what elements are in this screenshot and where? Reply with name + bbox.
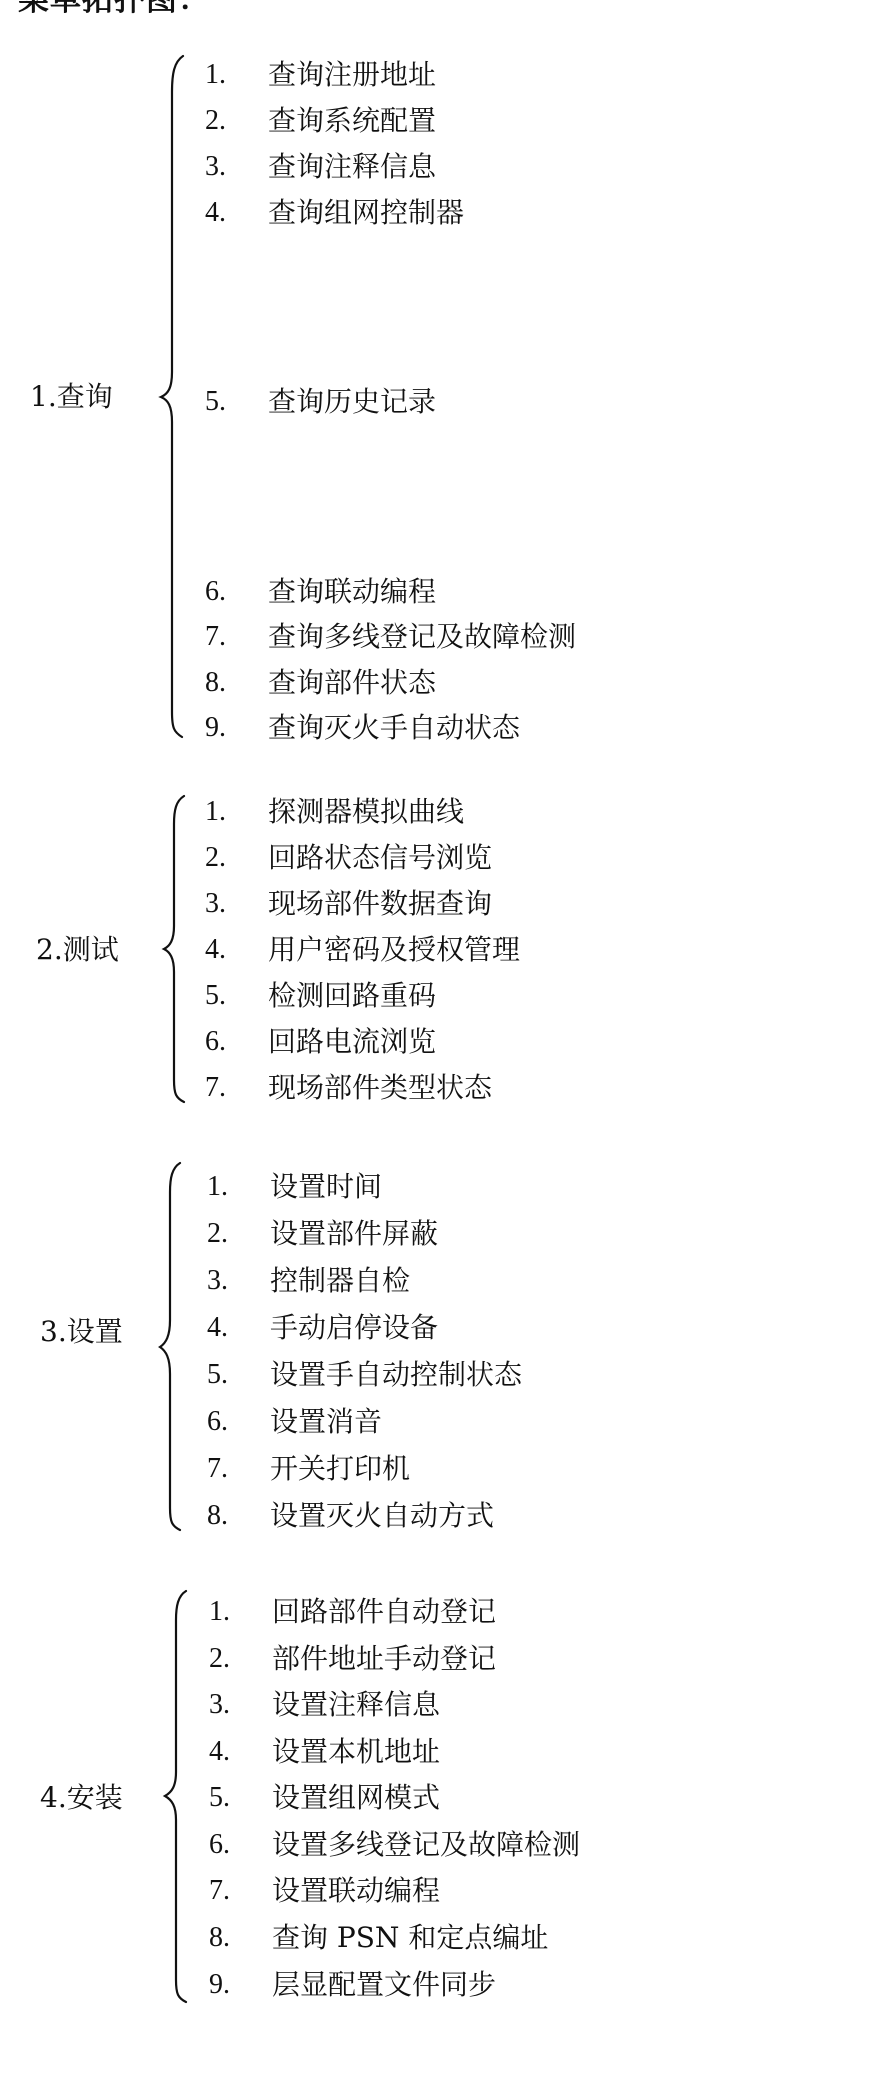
item-label: 控制器自检 <box>270 1261 410 1301</box>
item-number: 6. <box>205 572 226 612</box>
item-number: 7. <box>205 1068 226 1108</box>
item-number: 1. <box>209 1592 230 1632</box>
item-label: 查询多线登记及故障检测 <box>268 617 576 657</box>
group-label-test: 2.测试 <box>36 933 119 967</box>
item-number: 3. <box>205 147 226 187</box>
item-number: 4. <box>205 193 226 233</box>
brace-group-1-icon <box>161 56 183 737</box>
item-label: 现场部件类型状态 <box>268 1068 492 1108</box>
item-label: 手动启停设备 <box>270 1308 438 1348</box>
item-number: 4. <box>205 930 226 970</box>
item-number: 5. <box>209 1778 230 1818</box>
item-number: 2. <box>205 838 226 878</box>
item-number: 5. <box>205 976 226 1016</box>
item-label: 设置注释信息 <box>272 1685 440 1725</box>
item-label: 回路状态信号浏览 <box>268 838 492 878</box>
item-label: 检测回路重码 <box>268 976 436 1016</box>
item-label: 设置本机地址 <box>272 1732 440 1772</box>
item-label: 部件地址手动登记 <box>272 1639 496 1679</box>
item-label: 设置手自动控制状态 <box>270 1355 522 1395</box>
item-number: 3. <box>209 1685 230 1725</box>
item-number: 8. <box>205 663 226 703</box>
group-label-settings: 3.设置 <box>40 1315 123 1349</box>
item-label: 设置多线登记及故障检测 <box>272 1825 580 1865</box>
item-number: 1. <box>205 55 226 95</box>
item-number: 7. <box>209 1871 230 1911</box>
brace-group-2-icon <box>164 796 184 1102</box>
item-label: 查询 PSN 和定点编址 <box>272 1918 548 1958</box>
item-label: 设置组网模式 <box>272 1778 440 1818</box>
item-label: 查询联动编程 <box>268 572 436 612</box>
item-number: 8. <box>209 1918 230 1958</box>
item-label: 查询注册地址 <box>268 55 436 95</box>
item-number: 6. <box>207 1402 228 1442</box>
item-label: 查询系统配置 <box>268 101 436 141</box>
item-number: 2. <box>209 1639 230 1679</box>
item-label: 开关打印机 <box>270 1449 410 1489</box>
item-number: 6. <box>205 1022 226 1062</box>
item-number: 7. <box>205 617 226 657</box>
item-label: 查询历史记录 <box>268 382 436 422</box>
item-number: 3. <box>207 1261 228 1301</box>
item-number: 7. <box>207 1449 228 1489</box>
item-label: 回路部件自动登记 <box>272 1592 496 1632</box>
item-number: 8. <box>207 1496 228 1536</box>
item-label: 设置灭火自动方式 <box>270 1496 494 1536</box>
brace-group-4-icon <box>165 1591 186 2002</box>
item-label: 现场部件数据查询 <box>268 884 492 924</box>
item-number: 1. <box>207 1167 228 1207</box>
item-number: 1. <box>205 792 226 832</box>
item-label: 设置消音 <box>270 1402 382 1442</box>
item-number: 3. <box>205 884 226 924</box>
item-number: 2. <box>207 1214 228 1254</box>
group-label-install: 4.安装 <box>40 1781 123 1815</box>
item-label: 查询注释信息 <box>268 147 436 187</box>
item-label: 回路电流浏览 <box>268 1022 436 1062</box>
brace-group-3-icon <box>160 1163 180 1530</box>
item-number: 9. <box>209 1965 230 2005</box>
item-label: 层显配置文件同步 <box>272 1965 496 2005</box>
item-label: 设置联动编程 <box>272 1871 440 1911</box>
item-number: 2. <box>205 101 226 141</box>
item-label: 查询灭火手自动状态 <box>268 708 520 748</box>
item-number: 6. <box>209 1825 230 1865</box>
item-number: 5. <box>207 1355 228 1395</box>
item-label: 用户密码及授权管理 <box>268 930 520 970</box>
item-label: 查询部件状态 <box>268 663 436 703</box>
item-label: 探测器模拟曲线 <box>268 792 464 832</box>
group-label-query: 1.查询 <box>30 380 113 414</box>
item-label: 查询组网控制器 <box>268 193 464 233</box>
item-number: 5. <box>205 382 226 422</box>
brace-icons <box>0 0 885 2076</box>
item-label: 设置部件屏蔽 <box>270 1214 438 1254</box>
item-number: 9. <box>205 708 226 748</box>
item-label: 设置时间 <box>270 1167 382 1207</box>
item-number: 4. <box>207 1308 228 1348</box>
item-number: 4. <box>209 1732 230 1772</box>
